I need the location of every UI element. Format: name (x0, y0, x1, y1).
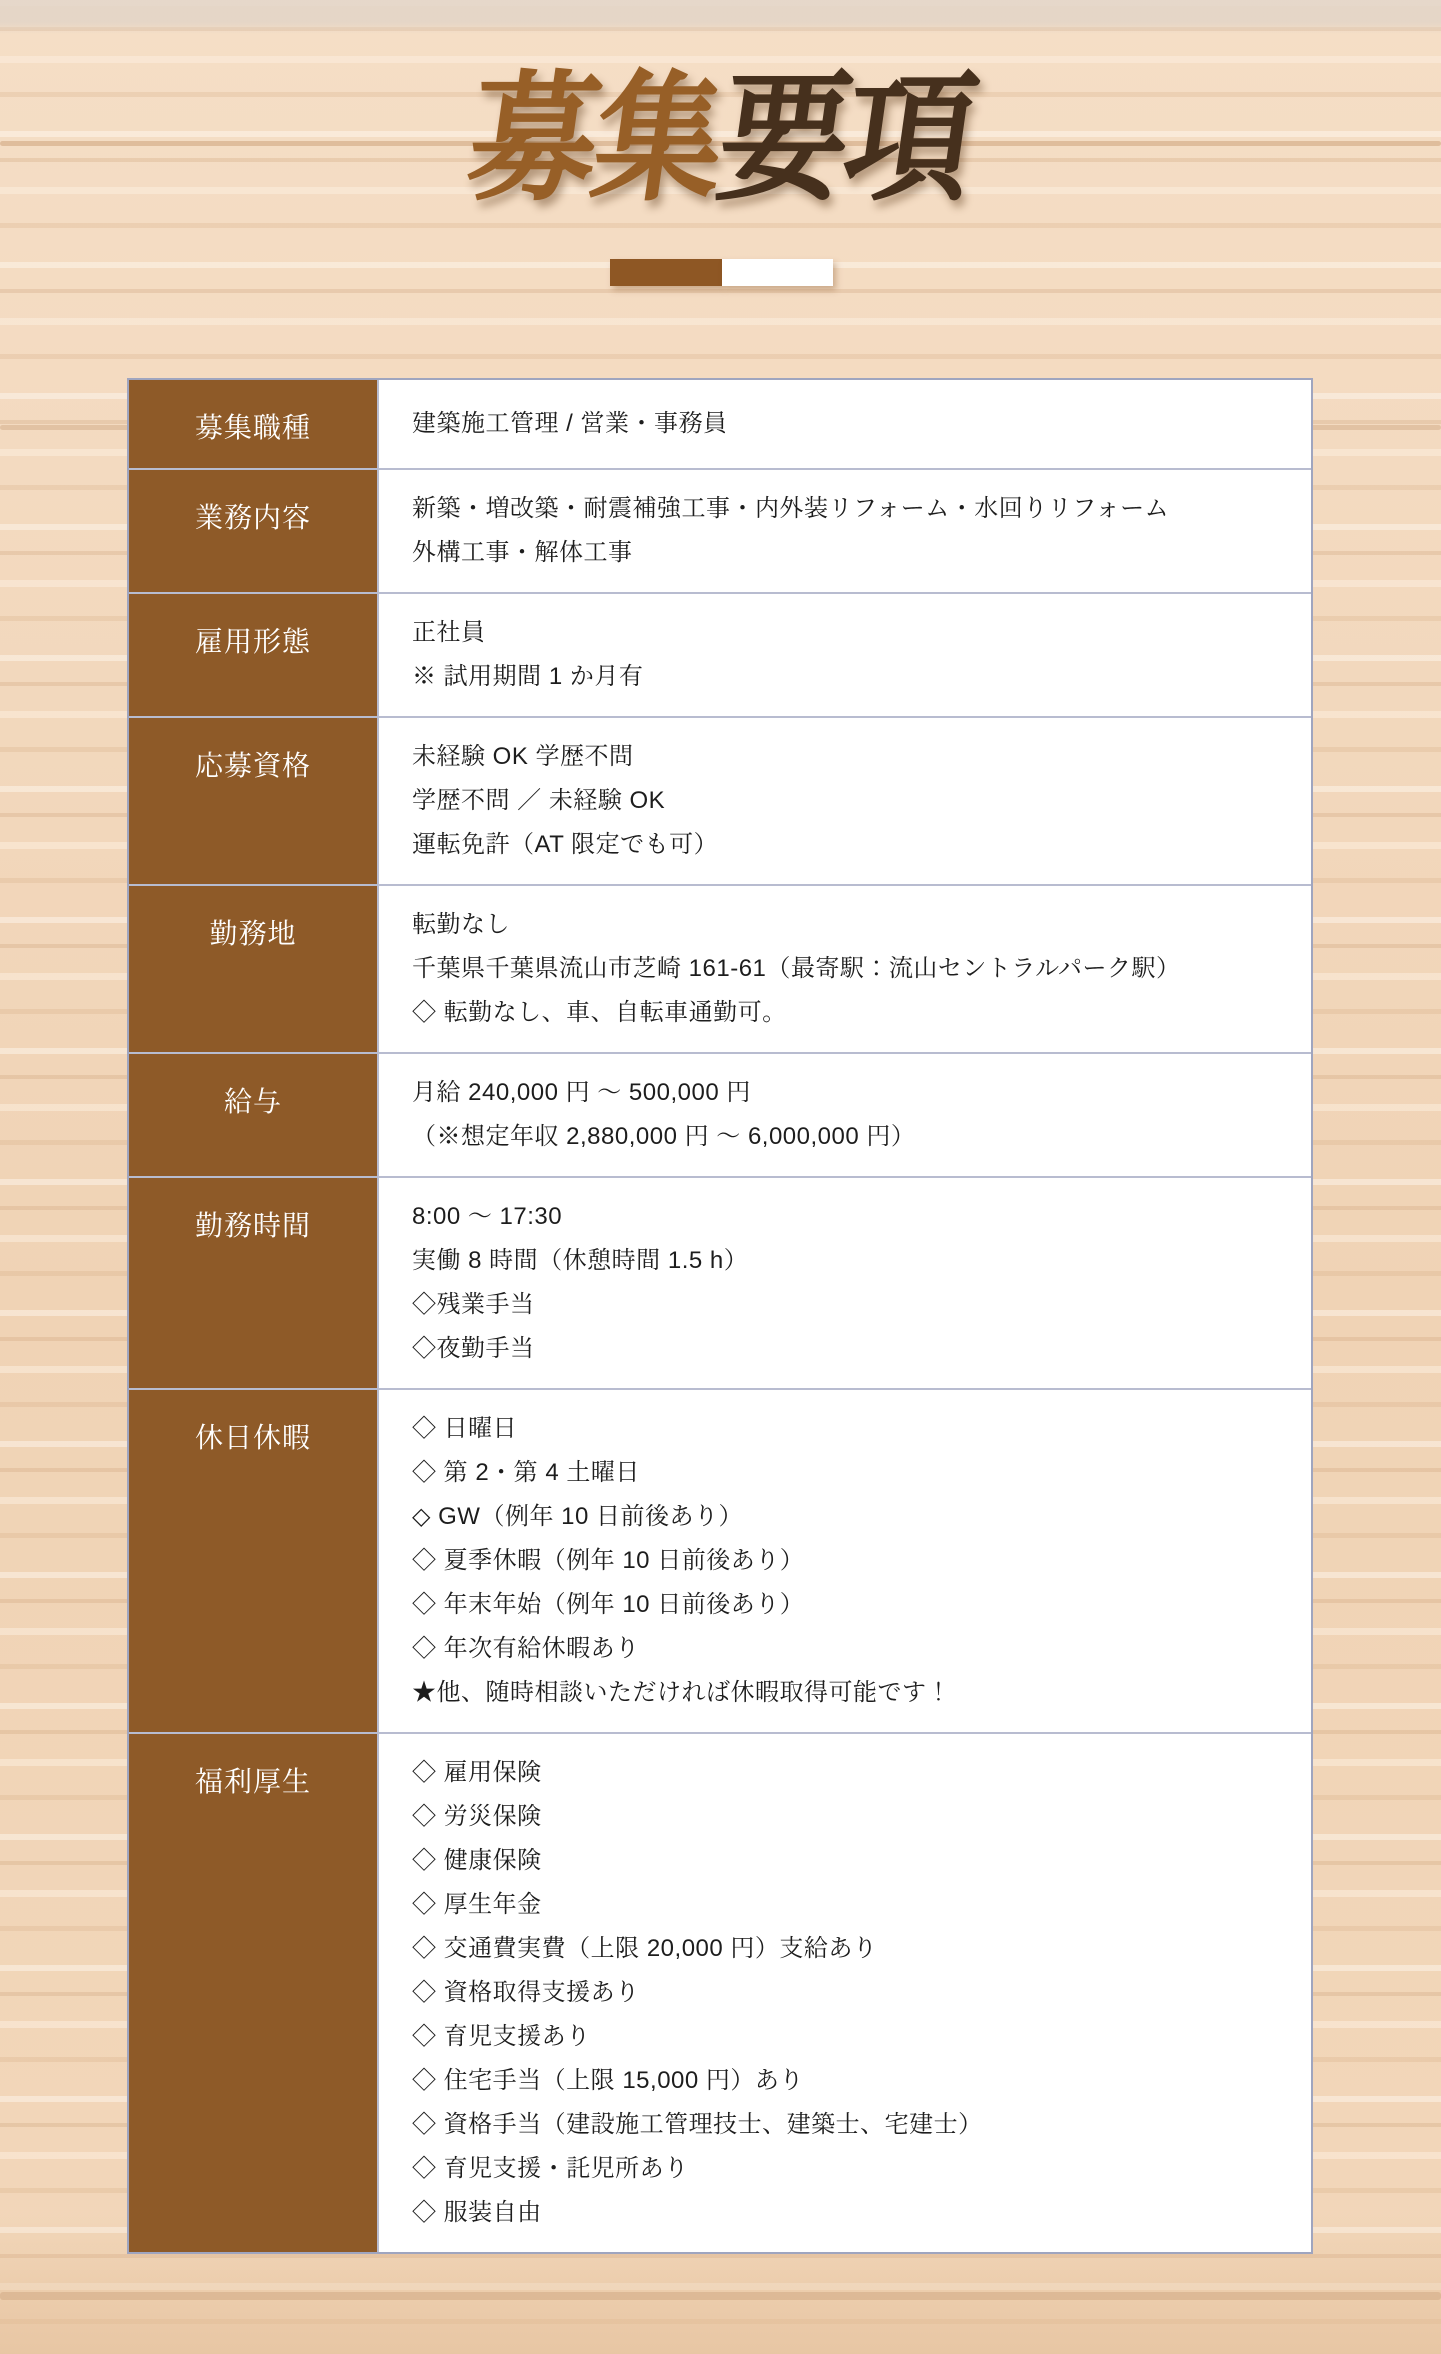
underline-brown-segment (610, 259, 722, 286)
content-line: ◇夜勤手当 (412, 1327, 1283, 1371)
content-line: ◇ 労災保険 (412, 1795, 1283, 1839)
content-line: ◇ 資格手当（建設施工管理技士、建築士、宅建士） (412, 2103, 1283, 2147)
content-line: ◇ 交通費実費（上限 20,000 円）支給あり (412, 1927, 1283, 1971)
row-label: 休日休暇 (129, 1390, 379, 1732)
content-line: ★他、随時相談いただければ休暇取得可能です！ (412, 1671, 1283, 1715)
row-label: 勤務時間 (129, 1178, 379, 1388)
content-line: ◇ 日曜日 (412, 1407, 1283, 1451)
page-title-accent: 募集 (459, 60, 731, 217)
row-content: 未経験 OK 学歴不問学歴不問 ／ 未経験 OK運転免許（AT 限定でも可） (379, 718, 1311, 884)
row-label: 募集職種 (129, 380, 379, 468)
content-line: ◇ 年末年始（例年 10 日前後あり） (412, 1583, 1283, 1627)
row-label: 業務内容 (129, 470, 379, 592)
table-row: 勤務時間 8:00 ～ 17:30実働 8 時間（休憩時間 1.5 h）◇残業手… (129, 1178, 1311, 1390)
row-content: 月給 240,000 円 ～ 500,000 円（※想定年収 2,880,000… (379, 1054, 1311, 1176)
row-content: ◇ 日曜日◇ 第 2・第 4 土曜日◇ GW（例年 10 日前後あり）◇ 夏季休… (379, 1390, 1311, 1732)
content-line: ◇ 育児支援・託児所あり (412, 2147, 1283, 2191)
table-row: 業務内容 新築・増改築・耐震補強工事・内外装リフォーム・水回りリフォーム外構工事… (129, 470, 1311, 594)
content-line: ※ 試用期間 1 か月有 (412, 655, 1283, 699)
page-title: 募集要項 (46, 58, 1394, 219)
content-line: ◇ 住宅手当（上限 15,000 円）あり (412, 2059, 1283, 2103)
table-row: 勤務地 転勤なし千葉県千葉県流山市芝崎 161-61（最寄駅：流山セントラルパー… (129, 886, 1311, 1054)
content-line: ◇ 厚生年金 (412, 1883, 1283, 1927)
requirements-table: 募集職種 建築施工管理 / 営業・事務員 業務内容 新築・増改築・耐震補強工事・… (127, 378, 1313, 2254)
table-row: 給与 月給 240,000 円 ～ 500,000 円（※想定年収 2,880,… (129, 1054, 1311, 1178)
content-line: ◇ 雇用保険 (412, 1751, 1283, 1795)
row-content: 正社員※ 試用期間 1 か月有 (379, 594, 1311, 716)
table-row: 募集職種 建築施工管理 / 営業・事務員 (129, 380, 1311, 470)
content-line: ◇ 資格取得支援あり (412, 1971, 1283, 2015)
table-row: 応募資格 未経験 OK 学歴不問学歴不問 ／ 未経験 OK運転免許（AT 限定で… (129, 718, 1311, 886)
row-content: 8:00 ～ 17:30実働 8 時間（休憩時間 1.5 h）◇残業手当◇夜勤手… (379, 1178, 1311, 1388)
title-underline (610, 259, 833, 286)
row-label: 勤務地 (129, 886, 379, 1052)
page-title-dark: 要項 (709, 60, 981, 217)
row-content: 転勤なし千葉県千葉県流山市芝崎 161-61（最寄駅：流山セントラルパーク駅）◇… (379, 886, 1311, 1052)
content-line: 8:00 ～ 17:30 (412, 1195, 1283, 1239)
table-row: 休日休暇 ◇ 日曜日◇ 第 2・第 4 土曜日◇ GW（例年 10 日前後あり）… (129, 1390, 1311, 1734)
content-line: ◇ 年次有給休暇あり (412, 1627, 1283, 1671)
row-label: 雇用形態 (129, 594, 379, 716)
row-content: 新築・増改築・耐震補強工事・内外装リフォーム・水回りリフォーム外構工事・解体工事 (379, 470, 1311, 592)
row-label: 応募資格 (129, 718, 379, 884)
content-line: 実働 8 時間（休憩時間 1.5 h） (412, 1239, 1283, 1283)
row-label: 福利厚生 (129, 1734, 379, 2252)
content-line: 千葉県千葉県流山市芝崎 161-61（最寄駅：流山セントラルパーク駅） (412, 947, 1283, 991)
wood-grain-streak (0, 2292, 1441, 2300)
row-content: ◇ 雇用保険◇ 労災保険◇ 健康保険◇ 厚生年金◇ 交通費実費（上限 20,00… (379, 1734, 1311, 2252)
table-row: 福利厚生 ◇ 雇用保険◇ 労災保険◇ 健康保険◇ 厚生年金◇ 交通費実費（上限 … (129, 1734, 1311, 2252)
content-line: 月給 240,000 円 ～ 500,000 円 (412, 1071, 1283, 1115)
content-line: （※想定年収 2,880,000 円 ～ 6,000,000 円） (412, 1115, 1283, 1159)
content-line: 建築施工管理 / 営業・事務員 (412, 402, 1283, 446)
content-line: 新築・増改築・耐震補強工事・内外装リフォーム・水回りリフォーム (412, 487, 1283, 531)
row-content: 建築施工管理 / 営業・事務員 (379, 380, 1311, 468)
row-label: 給与 (129, 1054, 379, 1176)
underline-white-segment (722, 259, 833, 286)
content-line: 未経験 OK 学歴不問 (412, 735, 1283, 779)
table-row: 雇用形態 正社員※ 試用期間 1 か月有 (129, 594, 1311, 718)
content-line: ◇残業手当 (412, 1283, 1283, 1327)
content-line: ◇ GW（例年 10 日前後あり） (412, 1495, 1283, 1539)
content-line: 運転免許（AT 限定でも可） (412, 823, 1283, 867)
content-line: ◇ 転勤なし、車、自転車通勤可。 (412, 991, 1283, 1035)
content-line: ◇ 服装自由 (412, 2191, 1283, 2235)
content-line: ◇ 健康保険 (412, 1839, 1283, 1883)
content-line: 転勤なし (412, 903, 1283, 947)
content-line: ◇ 育児支援あり (412, 2015, 1283, 2059)
content-line: 正社員 (412, 611, 1283, 655)
page-header: 募集要項 (0, 0, 1441, 219)
content-line: 学歴不問 ／ 未経験 OK (412, 779, 1283, 823)
content-line: 外構工事・解体工事 (412, 531, 1283, 575)
content-line: ◇ 夏季休暇（例年 10 日前後あり） (412, 1539, 1283, 1583)
content-line: ◇ 第 2・第 4 土曜日 (412, 1451, 1283, 1495)
